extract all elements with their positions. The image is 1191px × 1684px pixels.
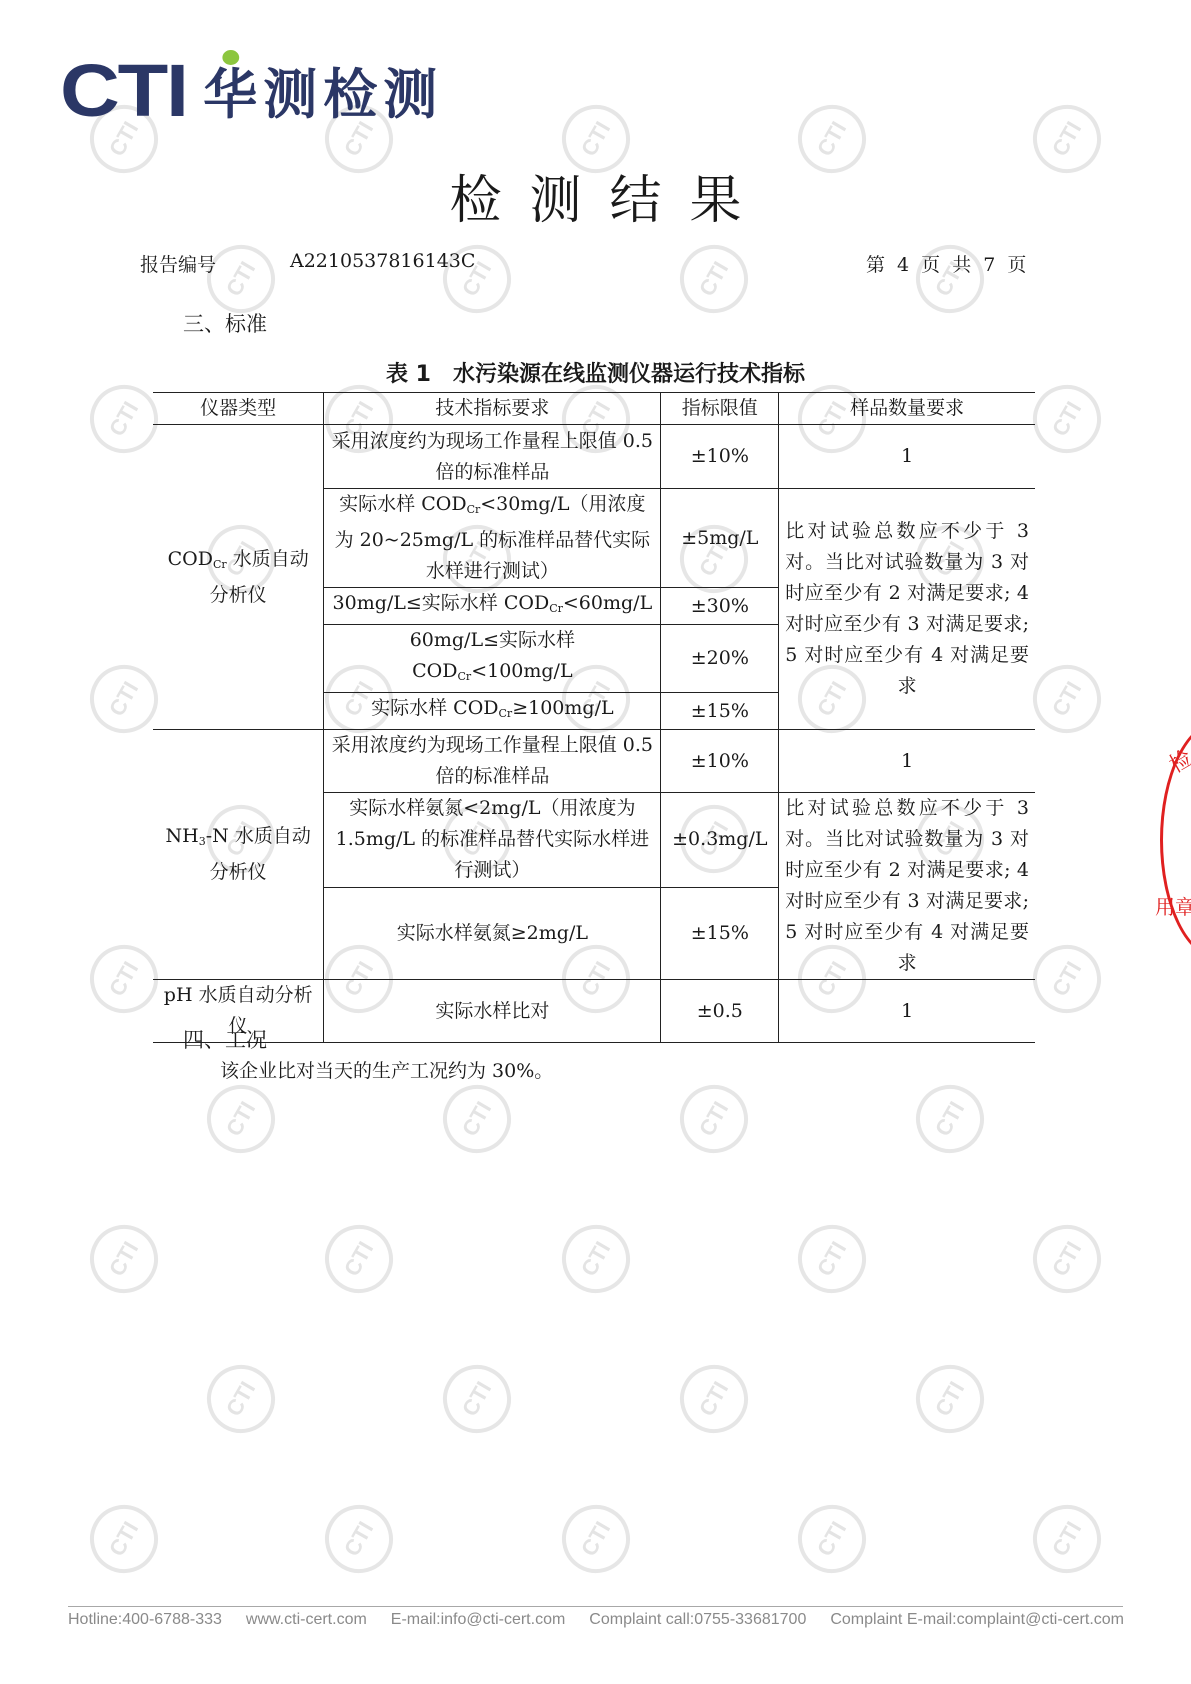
cti-logo: CTI 华测检测	[60, 56, 443, 126]
section-4-heading: 四、工况	[183, 1024, 267, 1054]
col-header-instrument: 仪器类型	[153, 393, 324, 425]
working-condition-text: 该企业比对当天的生产工况约为 30%。	[220, 1056, 553, 1083]
footer-divider	[68, 1606, 1123, 1607]
logo-chinese: 华测检测	[203, 64, 443, 126]
cti-watermark-icon: CTI	[313, 1493, 406, 1586]
cti-watermark-icon: CTI	[78, 1493, 171, 1586]
page-title: 检测结果	[0, 158, 1191, 233]
cti-watermark-icon: CTI	[1021, 1493, 1114, 1586]
quantity-cell: 比对试验总数应不少于 3 对。当比对试验数量为 3 对时应至少有 2 对满足要求…	[779, 489, 1035, 730]
requirement-cell: 60mg/L≤实际水样 CODCr<100mg/L	[324, 625, 661, 693]
logo-latin: CTI	[60, 56, 187, 126]
requirement-text: 实际水样 COD	[371, 697, 498, 719]
instrument-text: 水质自动分析仪	[210, 548, 309, 606]
cti-watermark-icon: CTI	[668, 1073, 761, 1166]
cti-watermark-icon: CTI	[668, 1353, 761, 1446]
cti-watermark-icon: CTI	[431, 1353, 524, 1446]
requirement-subscript: Cr	[499, 707, 513, 720]
logo-latin-text: CTI	[60, 49, 187, 132]
cti-watermark-icon: CTI	[195, 1353, 288, 1446]
requirement-cell: 30mg/L≤实际水样 CODCr<60mg/L	[324, 588, 661, 625]
report-number-value: A2210537816143C	[290, 250, 475, 272]
quantity-cell: 1	[779, 980, 1035, 1043]
cti-watermark-icon: CTI	[431, 1073, 524, 1166]
cti-watermark-icon: CTI	[431, 233, 524, 326]
instrument-cell: NH3-N 水质自动分析仪	[153, 730, 324, 980]
requirement-cell: 实际水样氨氮≥2mg/L	[324, 887, 661, 980]
page-info: 第 4 页 共 7 页	[866, 250, 1029, 277]
requirement-text: ≥100mg/L	[512, 697, 613, 719]
logo-dot-icon	[222, 50, 239, 65]
cti-watermark-icon: CTI	[550, 1493, 643, 1586]
requirement-cell: 实际水样 CODCr≥100mg/L	[324, 693, 661, 730]
table-row: pH 水质自动分析仪 实际水样比对 ±0.5 1	[153, 980, 1035, 1043]
instrument-text: COD	[168, 548, 213, 570]
footer: Hotline:400-6788-333 www.cti-cert.com E-…	[68, 1611, 1128, 1629]
requirement-text: 30mg/L≤实际水样 COD	[333, 592, 550, 614]
quantity-cell: 1	[779, 730, 1035, 793]
instrument-subscript: Cr	[213, 558, 227, 571]
footer-complaint-call: Complaint call:0755-33681700	[589, 1611, 806, 1629]
cti-watermark-icon: CTI	[550, 1213, 643, 1306]
limit-cell: ±0.5	[661, 980, 779, 1043]
instrument-text: NH	[166, 825, 199, 847]
report-number-label: 报告编号	[140, 250, 216, 277]
requirement-cell: 采用浓度约为现场工作量程上限值 0.5 倍的标准样品	[324, 425, 661, 489]
limit-cell: ±20%	[661, 625, 779, 693]
cti-watermark-icon: CTI	[313, 1213, 406, 1306]
cti-watermark-icon: CTI	[786, 1493, 879, 1586]
cti-watermark-icon: CTI	[1021, 1213, 1114, 1306]
limit-cell: ±10%	[661, 425, 779, 489]
footer-email[interactable]: E-mail:info@cti-cert.com	[391, 1611, 566, 1629]
requirement-cell: 采用浓度约为现场工作量程上限值 0.5 倍的标准样品	[324, 730, 661, 793]
stamp-char-top: 检	[1163, 742, 1191, 780]
limit-cell: ±5mg/L	[661, 489, 779, 588]
requirement-text: <100mg/L	[471, 660, 572, 682]
standards-table: 仪器类型 技术指标要求 指标限值 样品数量要求 CODCr 水质自动分析仪 采用…	[153, 392, 1035, 1043]
cti-watermark-icon: CTI	[668, 233, 761, 326]
instrument-text: -N 水质自动分析仪	[206, 825, 311, 883]
limit-cell: ±15%	[661, 693, 779, 730]
limit-cell: ±0.3mg/L	[661, 793, 779, 888]
col-header-requirement: 技术指标要求	[324, 393, 661, 425]
requirement-cell: 实际水样比对	[324, 980, 661, 1043]
cti-watermark-icon: CTI	[904, 1353, 997, 1446]
table-header-row: 仪器类型 技术指标要求 指标限值 样品数量要求	[153, 393, 1035, 425]
table-row: CODCr 水质自动分析仪 采用浓度约为现场工作量程上限值 0.5 倍的标准样品…	[153, 425, 1035, 489]
limit-cell: ±15%	[661, 887, 779, 980]
red-seal-stamp: 检 用章	[1160, 720, 1191, 960]
cti-watermark-icon: CTI	[786, 1213, 879, 1306]
footer-website[interactable]: www.cti-cert.com	[246, 1611, 367, 1629]
limit-cell: ±30%	[661, 588, 779, 625]
limit-cell: ±10%	[661, 730, 779, 793]
requirement-text: <60mg/L	[563, 592, 652, 614]
footer-hotline: Hotline:400-6788-333	[68, 1611, 222, 1629]
quantity-cell: 比对试验总数应不少于 3 对。当比对试验数量为 3 对时应至少有 2 对满足要求…	[779, 793, 1035, 980]
requirement-cell: 实际水样 CODCr<30mg/L（用浓度为 20~25mg/L 的标准样品替代…	[324, 489, 661, 588]
table-row: NH3-N 水质自动分析仪 采用浓度约为现场工作量程上限值 0.5 倍的标准样品…	[153, 730, 1035, 793]
requirement-text: 实际水样 COD	[339, 493, 466, 515]
stamp-char-bottom: 用章	[1155, 891, 1191, 920]
instrument-subscript: 3	[199, 835, 206, 848]
footer-complaint-email[interactable]: Complaint E-mail:complaint@cti-cert.com	[830, 1611, 1124, 1629]
col-header-limit: 指标限值	[661, 393, 779, 425]
instrument-cell: CODCr 水质自动分析仪	[153, 425, 324, 730]
section-3-heading: 三、标准	[183, 308, 267, 338]
quantity-cell: 1	[779, 425, 1035, 489]
cti-watermark-icon: CTI	[904, 1073, 997, 1166]
cti-watermark-icon: CTI	[195, 1073, 288, 1166]
table-caption: 表 1 水污染源在线监测仪器运行技术指标	[0, 357, 1191, 388]
cti-watermark-icon: CTI	[78, 1213, 171, 1306]
requirement-subscript: Cr	[467, 503, 481, 516]
cti-watermark-icon: CTI	[904, 233, 997, 326]
requirement-subscript: Cr	[549, 602, 563, 615]
requirement-subscript: Cr	[458, 670, 472, 683]
col-header-quantity: 样品数量要求	[779, 393, 1035, 425]
requirement-cell: 实际水样氨氮<2mg/L（用浓度为 1.5mg/L 的标准样品替代实际水样进行测…	[324, 793, 661, 888]
